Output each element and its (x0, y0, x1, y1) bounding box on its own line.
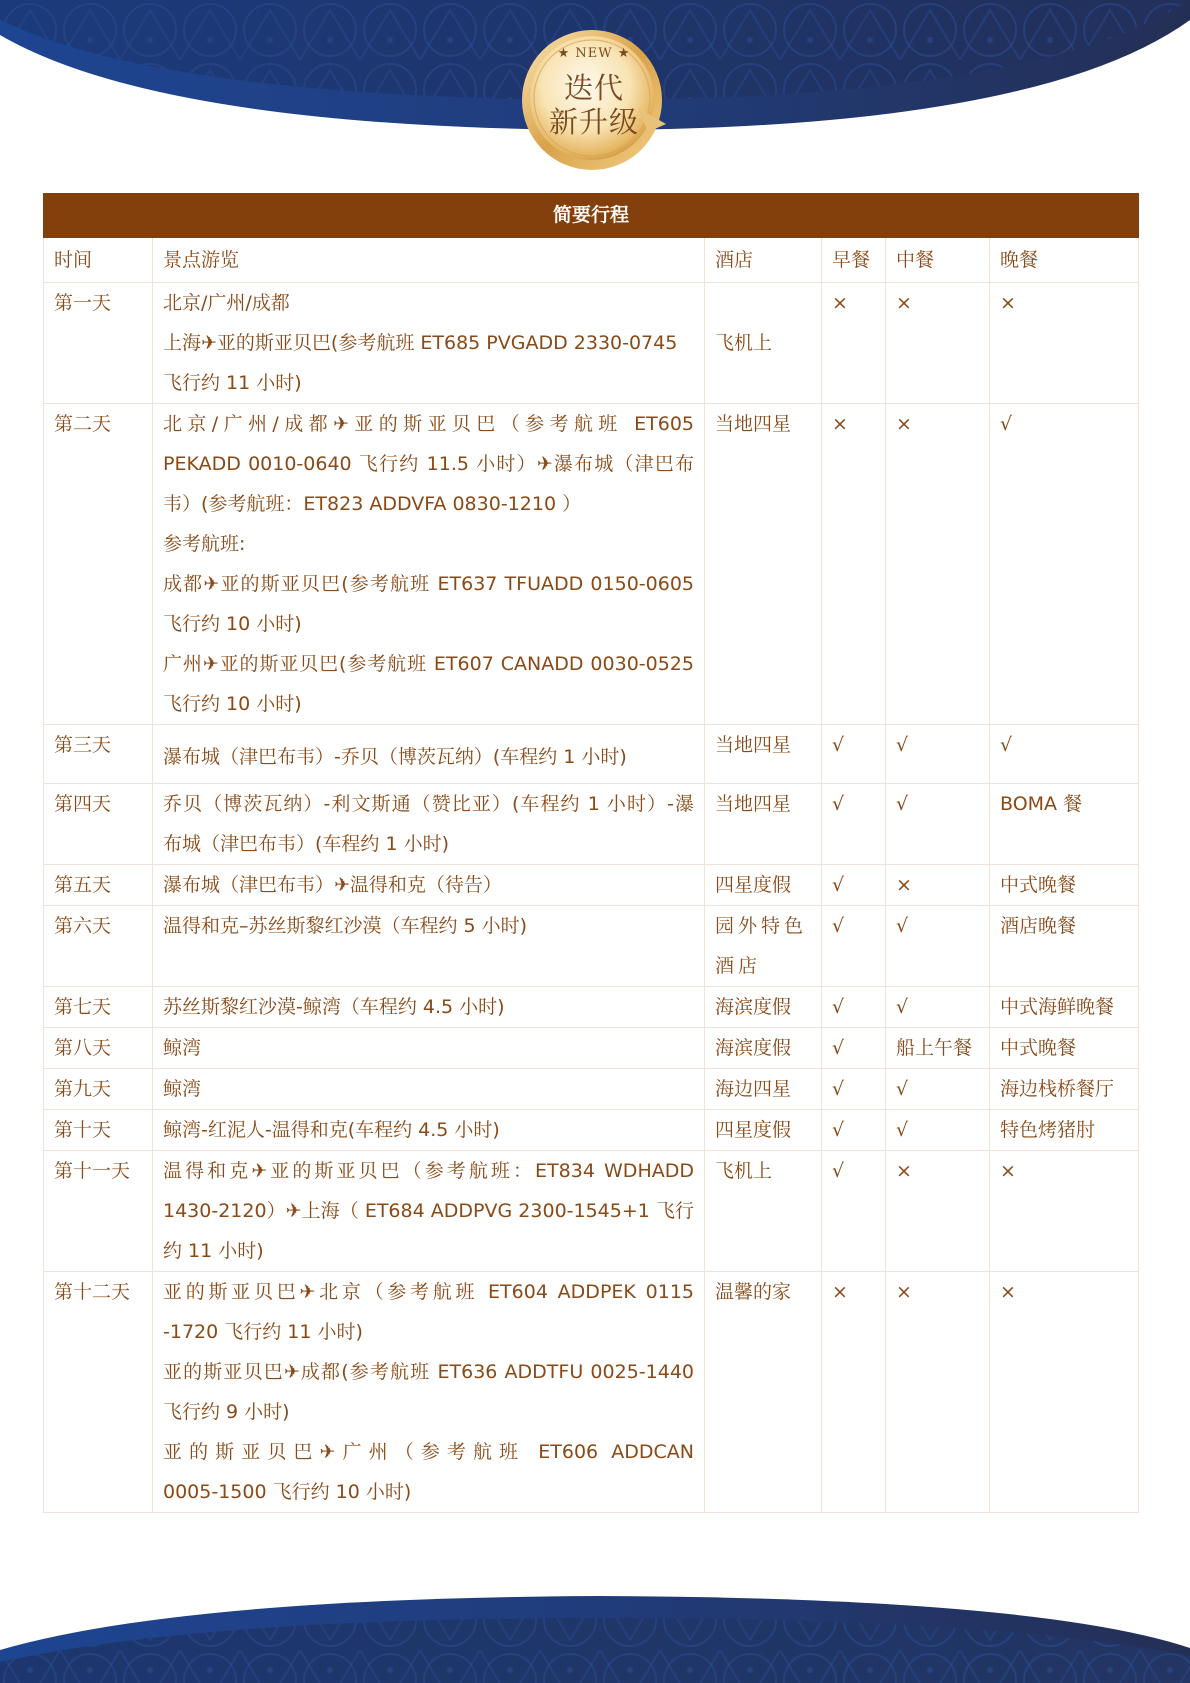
day-label: 第四天 (44, 784, 153, 865)
sights-cell: 鲸湾-红泥人-温得和克(车程约 4.5 小时) (153, 1110, 705, 1151)
sights-cell: 温得和克–苏丝斯黎红沙漠（车程约 5 小时) (153, 906, 705, 987)
hotel-cell: 飞机上 (705, 283, 822, 404)
sights-line: 韦）(参考航班：ET823 ADDVFA 0830-1210 ） (163, 484, 694, 524)
sights-line: 飞行约 10 小时) (163, 604, 694, 644)
dinner-cell: √ (990, 725, 1139, 784)
lunch-cell: × (886, 1272, 990, 1513)
breakfast-cell: × (822, 283, 886, 404)
dinner-cell: 中式晚餐 (990, 865, 1139, 906)
dinner-cell: × (990, 1272, 1139, 1513)
sights-line: 0005-1500 飞行约 10 小时) (163, 1472, 694, 1512)
breakfast-cell: √ (822, 987, 886, 1028)
table-title: 简要行程 (44, 194, 1139, 238)
hotel-cell: 温馨的家 (705, 1272, 822, 1513)
itinerary-table: 简要行程 时间 景点游览 酒店 早餐 中餐 晚餐 第一天 北京/广州/成都 上海… (43, 193, 1139, 1513)
sights-line: 温得和克–苏丝斯黎红沙漠（车程约 5 小时) (163, 906, 694, 946)
header-sights: 景点游览 (153, 238, 705, 283)
table-row: 第九天 鲸湾 海边四星 √ √ 海边栈桥餐厅 (44, 1069, 1139, 1110)
breakfast-cell: √ (822, 784, 886, 865)
sights-line: PEKADD 0010-0640 飞行约 11.5 小时）✈瀑布城（津巴布 (163, 444, 694, 484)
breakfast-cell: × (822, 404, 886, 725)
sights-cell: 鲸湾 (153, 1069, 705, 1110)
sights-line: 瀑布城（津巴布韦）✈温得和克（待告） (163, 865, 694, 905)
table-row: 第十一天 温得和克✈亚的斯亚贝巴（参考航班：ET834 WDHADD 1430-… (44, 1151, 1139, 1272)
day-label: 第八天 (44, 1028, 153, 1069)
dinner-cell: 中式海鲜晚餐 (990, 987, 1139, 1028)
table-row: 第二天 北京/广州/成都✈亚的斯亚贝巴（参考航班 ET605 PEKADD 00… (44, 404, 1139, 725)
sights-line: 温得和克✈亚的斯亚贝巴（参考航班：ET834 WDHADD (163, 1151, 694, 1191)
sights-cell: 温得和克✈亚的斯亚贝巴（参考航班：ET834 WDHADD 1430-2120）… (153, 1151, 705, 1272)
sights-line: 约 11 小时) (163, 1231, 694, 1271)
day-label: 第五天 (44, 865, 153, 906)
dinner-cell: × (990, 283, 1139, 404)
lunch-cell: × (886, 865, 990, 906)
hotel-cell: 飞机上 (705, 1151, 822, 1272)
sights-line: 北京/广州/成都 (163, 283, 694, 323)
sights-line: 飞行约 11 小时) (163, 363, 694, 403)
table-row: 第三天 瀑布城（津巴布韦）-乔贝（博茨瓦纳）(车程约 1 小时) 当地四星 √ … (44, 725, 1139, 784)
sights-cell: 鲸湾 (153, 1028, 705, 1069)
header-lunch: 中餐 (886, 238, 990, 283)
hotel-cell: 当地四星 (705, 725, 822, 784)
lunch-cell: 船上午餐 (886, 1028, 990, 1069)
sights-line: 广州✈亚的斯亚贝巴(参考航班 ET607 CANADD 0030-0525 (163, 644, 694, 684)
table-title-row: 简要行程 (44, 194, 1139, 238)
sights-line: 瀑布城（津巴布韦）-乔贝（博茨瓦纳）(车程约 1 小时) (163, 737, 694, 777)
day-label: 第九天 (44, 1069, 153, 1110)
sights-cell: 乔贝（博茨瓦纳）-利文斯通（赞比亚）(车程约 1 小时）-瀑 布城（津巴布韦）(… (153, 784, 705, 865)
lunch-cell: √ (886, 784, 990, 865)
badge-new-label: ★ NEW ★ (516, 46, 672, 61)
sights-line: -1720 飞行约 11 小时) (163, 1312, 694, 1352)
header-hotel: 酒店 (705, 238, 822, 283)
table-row: 第八天 鲸湾 海滨度假 √ 船上午餐 中式晚餐 (44, 1028, 1139, 1069)
sights-line: 上海✈亚的斯亚贝巴(参考航班 ET685 PVGADD 2330-0745 (163, 323, 694, 363)
sights-cell: 瀑布城（津巴布韦）-乔贝（博茨瓦纳）(车程约 1 小时) (153, 725, 705, 784)
lunch-cell: × (886, 283, 990, 404)
day-label: 第二天 (44, 404, 153, 725)
lunch-cell: √ (886, 987, 990, 1028)
sights-line: 鲸湾 (163, 1069, 694, 1109)
day-label: 第十二天 (44, 1272, 153, 1513)
table-row: 第六天 温得和克–苏丝斯黎红沙漠（车程约 5 小时) 园外特色酒店 √ √ 酒店… (44, 906, 1139, 987)
header-dinner: 晚餐 (990, 238, 1139, 283)
day-label: 第一天 (44, 283, 153, 404)
sights-line: 亚的斯亚贝巴✈北京（参考航班 ET604 ADDPEK 0115 (163, 1272, 694, 1312)
dinner-cell: 特色烤猪肘 (990, 1110, 1139, 1151)
sights-cell: 瀑布城（津巴布韦）✈温得和克（待告） (153, 865, 705, 906)
lunch-cell: √ (886, 725, 990, 784)
table-row: 第五天 瀑布城（津巴布韦）✈温得和克（待告） 四星度假 √ × 中式晚餐 (44, 865, 1139, 906)
day-label: 第七天 (44, 987, 153, 1028)
sights-line: 鲸湾-红泥人-温得和克(车程约 4.5 小时) (163, 1110, 694, 1150)
breakfast-cell: √ (822, 1069, 886, 1110)
breakfast-cell: × (822, 1272, 886, 1513)
breakfast-cell: √ (822, 865, 886, 906)
sights-line: 苏丝斯黎红沙漠-鲸湾（车程约 4.5 小时) (163, 987, 694, 1027)
sights-cell: 亚的斯亚贝巴✈北京（参考航班 ET604 ADDPEK 0115 -1720 飞… (153, 1272, 705, 1513)
breakfast-cell: √ (822, 1151, 886, 1272)
sights-line: 1430-2120）✈上海（ ET684 ADDPVG 2300-1545+1 … (163, 1191, 694, 1231)
bottom-banner (0, 1530, 1190, 1683)
hotel-cell: 园外特色酒店 (705, 906, 822, 987)
hotel-cell: 海滨度假 (705, 1028, 822, 1069)
sights-cell: 苏丝斯黎红沙漠-鲸湾（车程约 4.5 小时) (153, 987, 705, 1028)
sights-line: 北京/广州/成都✈亚的斯亚贝巴（参考航班 ET605 (163, 404, 694, 444)
table-row: 第四天 乔贝（博茨瓦纳）-利文斯通（赞比亚）(车程约 1 小时）-瀑 布城（津巴… (44, 784, 1139, 865)
dinner-cell: 海边栈桥餐厅 (990, 1069, 1139, 1110)
lunch-cell: × (886, 1151, 990, 1272)
lunch-cell: √ (886, 1110, 990, 1151)
breakfast-cell: √ (822, 906, 886, 987)
sights-cell: 北京/广州/成都 上海✈亚的斯亚贝巴(参考航班 ET685 PVGADD 233… (153, 283, 705, 404)
header-day: 时间 (44, 238, 153, 283)
header-breakfast: 早餐 (822, 238, 886, 283)
breakfast-cell: √ (822, 1110, 886, 1151)
day-label: 第十天 (44, 1110, 153, 1151)
dinner-cell: √ (990, 404, 1139, 725)
sights-line: 乔贝（博茨瓦纳）-利文斯通（赞比亚）(车程约 1 小时）-瀑 (163, 784, 694, 824)
sights-line: 参考航班: (163, 524, 694, 564)
table-row: 第十天 鲸湾-红泥人-温得和克(车程约 4.5 小时) 四星度假 √ √ 特色烤… (44, 1110, 1139, 1151)
lunch-cell: × (886, 404, 990, 725)
hotel-cell: 四星度假 (705, 865, 822, 906)
breakfast-cell: √ (822, 725, 886, 784)
hotel-cell: 当地四星 (705, 784, 822, 865)
banner-wave-bottom (0, 1530, 1190, 1683)
dinner-cell: × (990, 1151, 1139, 1272)
sights-line: 布城（津巴布韦）(车程约 1 小时) (163, 824, 694, 864)
table-row: 第七天 苏丝斯黎红沙漠-鲸湾（车程约 4.5 小时) 海滨度假 √ √ 中式海鲜… (44, 987, 1139, 1028)
hotel-cell: 海边四星 (705, 1069, 822, 1110)
sights-line: 亚的斯亚贝巴✈成都(参考航班 ET636 ADDTFU 0025-1440 (163, 1352, 694, 1392)
sights-line: 飞行约 10 小时) (163, 684, 694, 724)
dinner-cell: BOMA 餐 (990, 784, 1139, 865)
hotel-cell: 四星度假 (705, 1110, 822, 1151)
sights-line: 鲸湾 (163, 1028, 694, 1068)
day-label: 第六天 (44, 906, 153, 987)
table-row: 第一天 北京/广州/成都 上海✈亚的斯亚贝巴(参考航班 ET685 PVGADD… (44, 283, 1139, 404)
table-row: 第十二天 亚的斯亚贝巴✈北京（参考航班 ET604 ADDPEK 0115 -1… (44, 1272, 1139, 1513)
badge-line-2: 新升级 (516, 100, 672, 141)
lunch-cell: √ (886, 1069, 990, 1110)
hotel-cell: 海滨度假 (705, 987, 822, 1028)
sights-cell: 北京/广州/成都✈亚的斯亚贝巴（参考航班 ET605 PEKADD 0010-0… (153, 404, 705, 725)
lunch-cell: √ (886, 906, 990, 987)
table-header-row: 时间 景点游览 酒店 早餐 中餐 晚餐 (44, 238, 1139, 283)
sights-line: 成都✈亚的斯亚贝巴(参考航班 ET637 TFUADD 0150-0605 (163, 564, 694, 604)
sights-line: 亚的斯亚贝巴✈广州（参考航班 ET606 ADDCAN (163, 1432, 694, 1472)
breakfast-cell: √ (822, 1028, 886, 1069)
new-upgrade-badge: ★ NEW ★ 迭代 新升级 (516, 24, 672, 174)
hotel-cell: 当地四星 (705, 404, 822, 725)
dinner-cell: 中式晚餐 (990, 1028, 1139, 1069)
dinner-cell: 酒店晚餐 (990, 906, 1139, 987)
sights-line: 飞行约 9 小时) (163, 1392, 694, 1432)
day-label: 第十一天 (44, 1151, 153, 1272)
day-label: 第三天 (44, 725, 153, 784)
